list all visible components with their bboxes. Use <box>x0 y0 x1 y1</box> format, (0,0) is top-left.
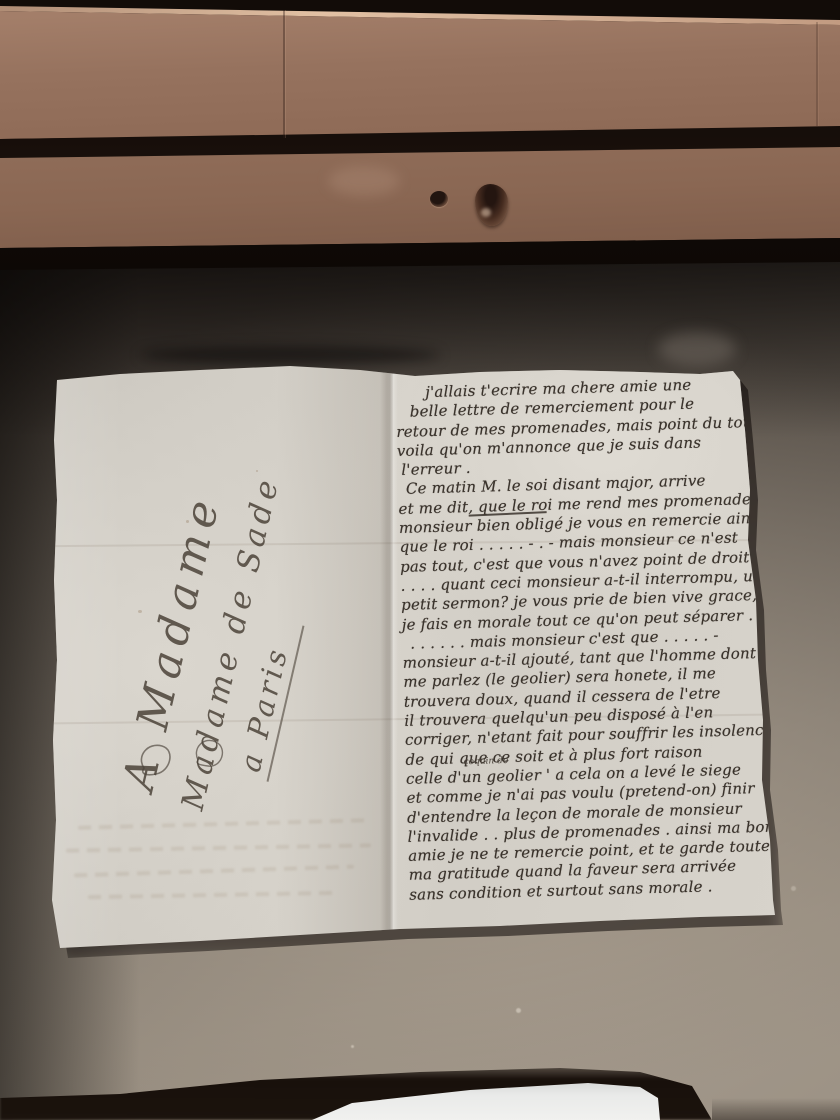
pen-flourish <box>132 730 252 790</box>
metal-smudge <box>328 166 400 196</box>
display-case-bar <box>0 0 840 270</box>
letter-top-edge-shadow <box>140 346 440 364</box>
manuscript-letter: A Madame Madame de Sade a Paris j'allais… <box>48 352 778 952</box>
center-fold-crease <box>380 352 398 952</box>
interline-insertion: coquin de <box>463 757 508 767</box>
dust-speck <box>791 886 796 891</box>
foxing-spot <box>138 610 142 613</box>
letter-page-right: j'allais t'ecrire ma chere amie une bell… <box>395 374 769 905</box>
case-bar-vertical-seam <box>816 22 818 126</box>
bottom-right-shadow <box>712 1098 840 1120</box>
dust-speck <box>516 1008 521 1013</box>
case-bar-vertical-seam <box>283 10 285 138</box>
screw-hole <box>430 191 448 207</box>
museum-display-photo: A Madame Madame de Sade a Paris j'allais… <box>0 0 840 1120</box>
dust-speck <box>351 1045 354 1048</box>
paper-curl-reflection <box>658 332 736 366</box>
